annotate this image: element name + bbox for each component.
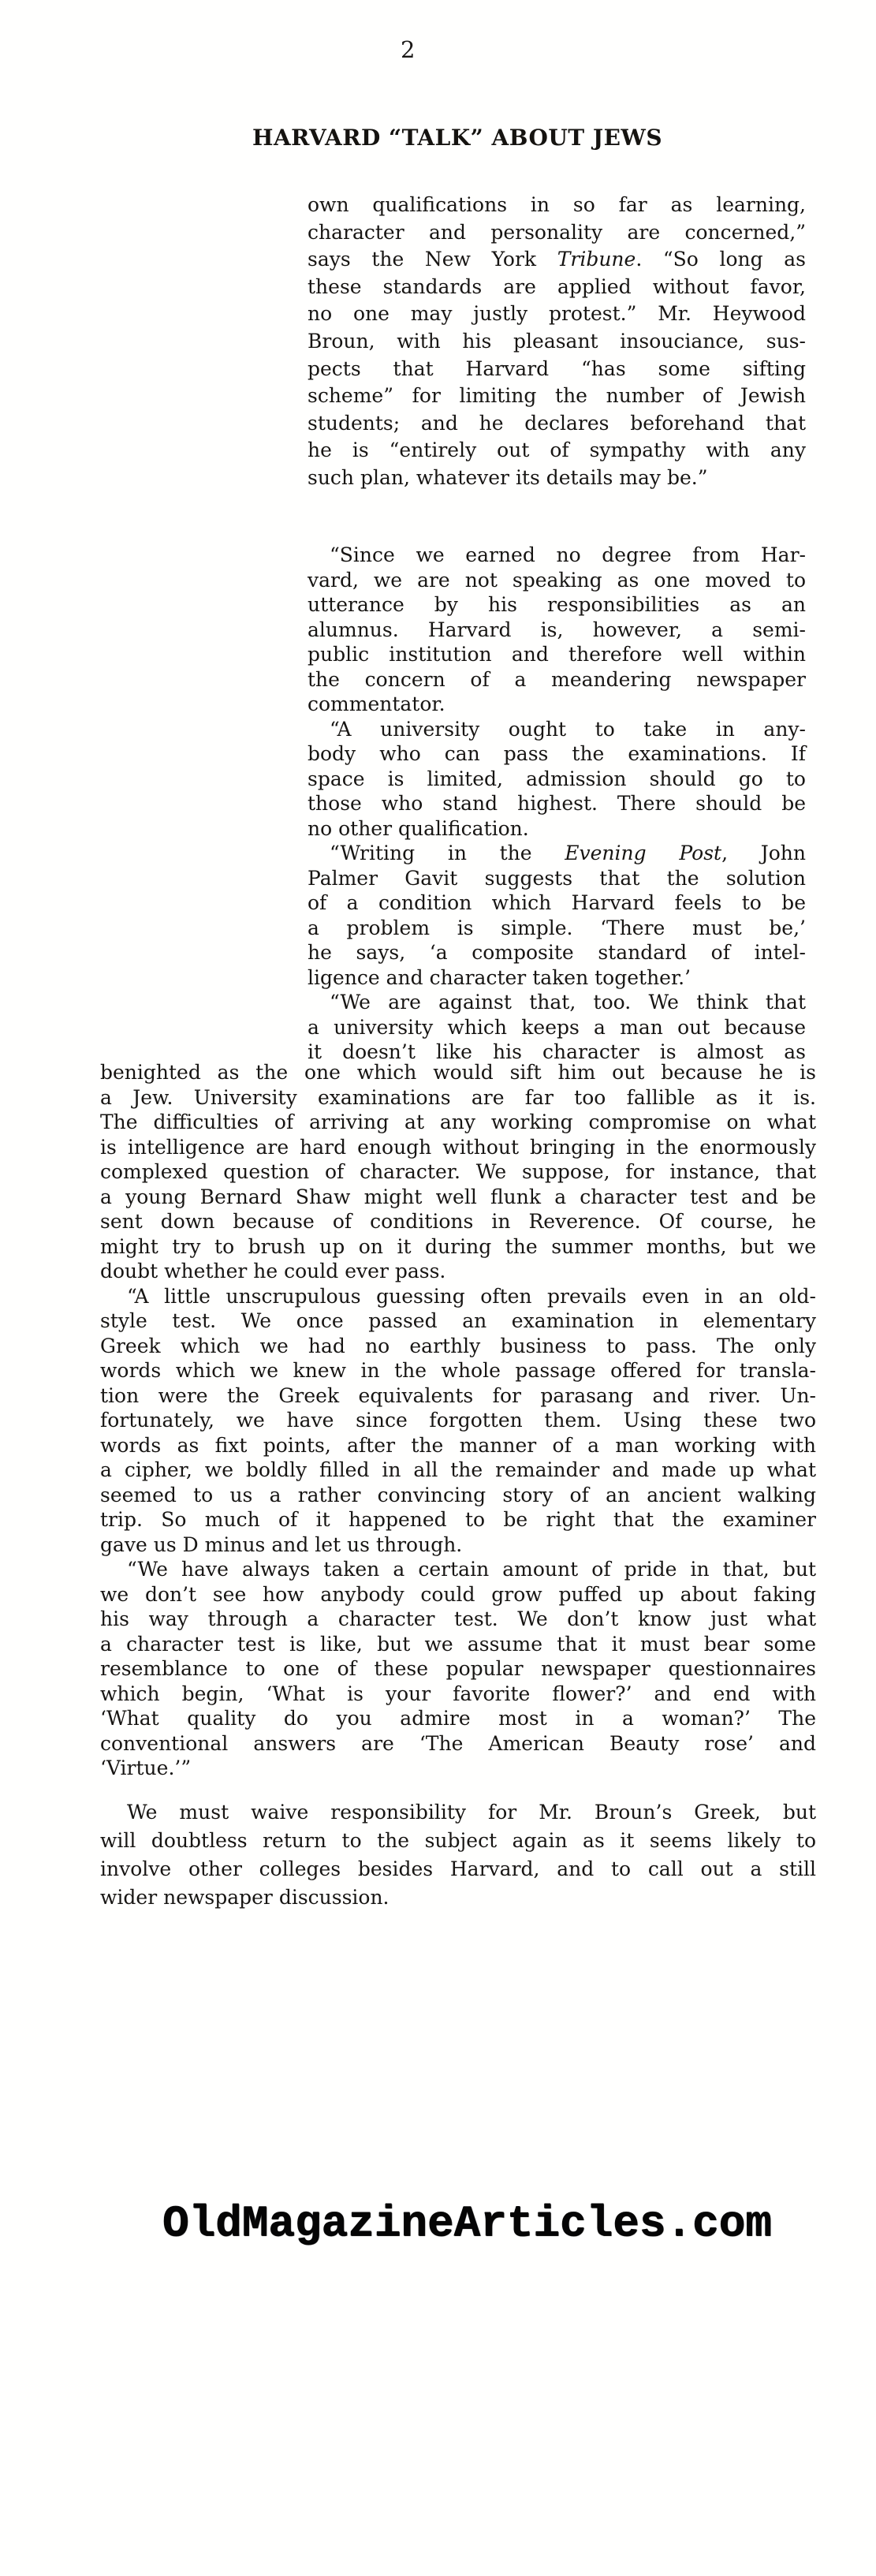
text-line: sent down because of conditions in Rever… xyxy=(100,1209,816,1234)
text-line: is intelligence are hard enough without … xyxy=(100,1135,816,1160)
paragraph: “Writing in the Evening Post, JohnPalmer… xyxy=(308,841,806,990)
text-line: resemblance to one of these popular news… xyxy=(100,1656,816,1682)
text-line: a cipher, we boldly filled in all the re… xyxy=(100,1458,816,1483)
text-line: “A little unscrupulous guessing often pr… xyxy=(100,1284,816,1309)
text-line: a university which keeps a man out becau… xyxy=(308,1015,806,1040)
text-line: utterance by his responsibilities as an xyxy=(308,592,806,618)
text-line: style test. We once passed an examinatio… xyxy=(100,1309,816,1334)
text-line: the concern of a meandering newspaper xyxy=(308,667,806,693)
text-line: no one may justly protest.” Mr. Heywood xyxy=(308,301,806,328)
text-line: body who can pass the examinations. If xyxy=(308,741,806,767)
text-line: involve other colleges besides Harvard, … xyxy=(100,1855,816,1883)
text-line: words which we knew in the whole passage… xyxy=(100,1358,816,1383)
text-line: “We have always taken a certain amount o… xyxy=(100,1557,816,1582)
text-line: no other qualification. xyxy=(308,816,806,842)
text-line: Palmer Gavit suggests that the solution xyxy=(308,866,806,891)
paragraph: “A university ought to take in any-body … xyxy=(308,717,806,842)
paragraph: “We are against that, too. We think that… xyxy=(308,990,806,1065)
text-line: of a condition which Harvard feels to be xyxy=(308,890,806,916)
text-line: might try to brush up on it during the s… xyxy=(100,1234,816,1260)
text-line: wider newspaper discussion. xyxy=(100,1883,816,1912)
paragraph: benighted as the one which would sift hi… xyxy=(100,1060,816,1284)
text-line: commentator. xyxy=(308,692,806,717)
watermark-logo: OldMagazineArticles.com xyxy=(162,2199,772,2248)
text-line: words as fixt points, after the manner o… xyxy=(100,1433,816,1458)
text-line: we don’t see how anybody could grow puff… xyxy=(100,1582,816,1607)
text-line: tion were the Greek equivalents for para… xyxy=(100,1383,816,1409)
paragraph: We must waive responsibility for Mr. Bro… xyxy=(100,1798,816,1912)
full-width-body-block: benighted as the one which would sift hi… xyxy=(100,1060,816,1781)
text-line: doubt whether he could ever pass. xyxy=(100,1259,816,1284)
text-line: space is limited, admission should go to xyxy=(308,767,806,792)
paragraph: “Since we earned no degree from Har-vard… xyxy=(308,543,806,717)
text-line: says the New York Tribune. “So long as xyxy=(308,246,806,274)
text-line: benighted as the one which would sift hi… xyxy=(100,1060,816,1085)
text-line: “A university ought to take in any- xyxy=(308,717,806,742)
text-line: fortunately, we have since forgotten the… xyxy=(100,1408,816,1433)
text-line: which begin, ‘What is your favorite flow… xyxy=(100,1682,816,1707)
narrow-column-body-block: “Since we earned no degree from Har-vard… xyxy=(308,543,806,1065)
text-line: a Jew. University examinations are far t… xyxy=(100,1085,816,1111)
text-line: will doubtless return to the subject aga… xyxy=(100,1827,816,1855)
text-line: a young Bernard Shaw might well flunk a … xyxy=(100,1185,816,1210)
text-line: Greek which we had no earthly business t… xyxy=(100,1334,816,1359)
text-line: The difficulties of arriving at any work… xyxy=(100,1110,816,1135)
text-line: those who stand highest. There should be xyxy=(308,791,806,816)
text-line: “We are against that, too. We think that xyxy=(308,990,806,1015)
text-line: a character test is like, but we assume … xyxy=(100,1632,816,1657)
text-line: he is “entirely out of sympathy with any xyxy=(308,437,806,465)
text-line: seemed to us a rather convincing story o… xyxy=(100,1483,816,1508)
text-line: such plan, whatever its details may be.” xyxy=(308,465,806,492)
text-line: he says, ‘a composite standard of intel- xyxy=(308,940,806,965)
paragraph: “We have always taken a certain amount o… xyxy=(100,1557,816,1781)
text-line: these standards are applied without favo… xyxy=(308,274,806,301)
text-line: scheme” for limiting the number of Jewis… xyxy=(308,383,806,410)
text-line: pects that Harvard “has some sifting xyxy=(308,356,806,383)
text-line: a problem is simple. ‘There must be,’ xyxy=(308,916,806,941)
article-title: HARVARD “TALK” ABOUT JEWS xyxy=(252,125,615,151)
text-line: his way through a character test. We don… xyxy=(100,1607,816,1632)
text-line: alumnus. Harvard is, however, a semi- xyxy=(308,618,806,643)
text-line: gave us D minus and let us through. xyxy=(100,1533,816,1558)
text-line: complexed question of character. We supp… xyxy=(100,1159,816,1185)
text-line: students; and he declares beforehand tha… xyxy=(308,410,806,438)
narrow-column-intro-block: own qualifications in so far as learning… xyxy=(308,192,806,492)
text-line: vard, we are not speaking as one moved t… xyxy=(308,568,806,593)
scanned-article-page: 2 HARVARD “TALK” ABOUT JEWS own qualific… xyxy=(0,0,876,2576)
text-line: “Writing in the Evening Post, John xyxy=(308,841,806,866)
paragraph: “A little unscrupulous guessing often pr… xyxy=(100,1284,816,1558)
text-line: Broun, with his pleasant insouciance, su… xyxy=(308,328,806,356)
text-line: ‘What quality do you admire most in a wo… xyxy=(100,1706,816,1731)
closing-paragraph-block: We must waive responsibility for Mr. Bro… xyxy=(100,1798,816,1912)
text-line: ligence and character taken together.’ xyxy=(308,965,806,991)
text-line: “Since we earned no degree from Har- xyxy=(308,543,806,568)
text-line: public institution and therefore well wi… xyxy=(308,642,806,667)
paragraph: own qualifications in so far as learning… xyxy=(308,192,806,492)
text-line: trip. So much of it happened to be right… xyxy=(100,1507,816,1533)
page-number: 2 xyxy=(401,36,415,63)
text-line: conventional answers are ‘The American B… xyxy=(100,1731,816,1757)
text-line: own qualifications in so far as learning… xyxy=(308,192,806,219)
text-line: character and personality are concerned,… xyxy=(308,219,806,247)
text-line: ‘Virtue.’” xyxy=(100,1756,816,1781)
text-line: We must waive responsibility for Mr. Bro… xyxy=(100,1798,816,1827)
